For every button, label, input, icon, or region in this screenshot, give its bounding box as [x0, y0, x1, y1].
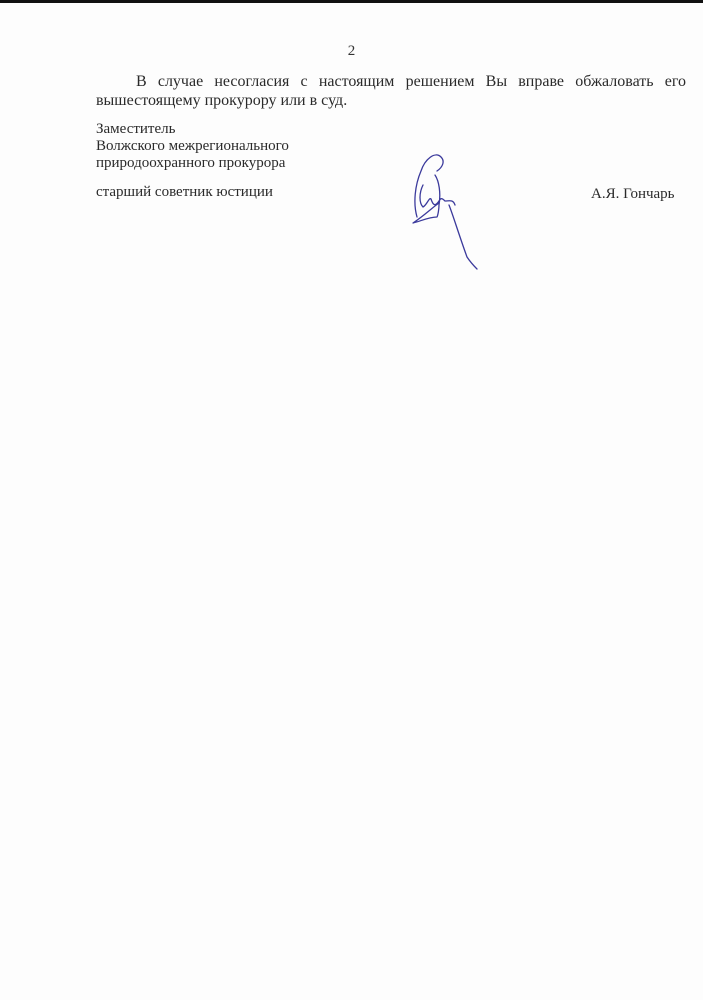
signer-position: Заместитель Волжского межрегионального п…: [96, 121, 289, 172]
signer-rank: старший советник юстиции: [96, 184, 273, 201]
handwritten-signature-icon: [405, 145, 505, 270]
position-line: природоохранного прокурора: [96, 155, 289, 172]
page-number: 2: [0, 43, 703, 60]
signer-name: А.Я. Гончарь: [591, 186, 675, 203]
position-line: Заместитель: [96, 121, 289, 138]
top-border: [0, 0, 703, 3]
paragraph-line: В случае несогласия с настоящим решением…: [96, 72, 686, 91]
paragraph-line: вышестоящему прокурору или в суд.: [96, 91, 686, 110]
position-line: Волжского межрегионального: [96, 138, 289, 155]
appeal-paragraph: В случае несогласия с настоящим решением…: [96, 72, 686, 110]
